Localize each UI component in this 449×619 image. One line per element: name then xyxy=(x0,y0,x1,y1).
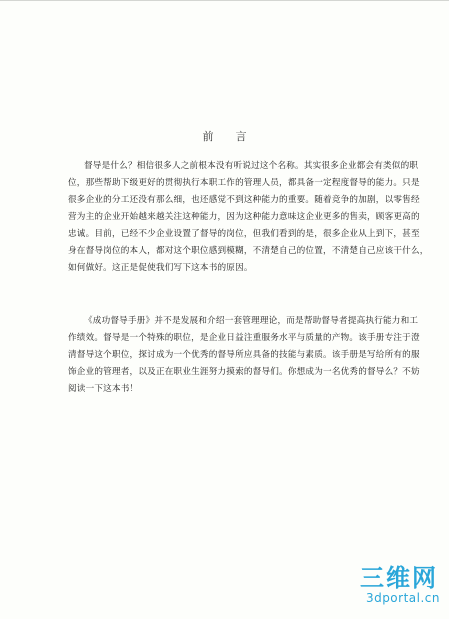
text-line: 很多企业的分工还没有那么细，也还感觉不到这种能力的重要。随着竞争的加剧，以零售经 xyxy=(68,192,386,209)
document-page: 前言 督导是什么？相信很多人之前根本没有听说过这个名称。其实很多企业都会有类似的… xyxy=(0,0,449,619)
text-line: 如何做好。这正是促使我们写下这本书的原因。 xyxy=(68,260,386,277)
text-line: 阅读一下这本书！ xyxy=(68,381,386,398)
watermark-cn: 三维网 xyxy=(344,565,444,591)
watermark-url: 3dportal.cn xyxy=(344,591,444,605)
paragraph-2: 《成功督导手册》并不是发展和介绍一套管理理论，而是帮助督导者提高执行能力和工 作… xyxy=(68,313,386,398)
text-line: 饰企业的管理者，以及正在职业生涯努力摸索的督导们。你想成为一名优秀的督导么？不妨 xyxy=(68,364,386,381)
text-line: 作绩效。督导是一个特殊的职位，是企业日益注重服务水平与质量的产物。该手册专注于澄 xyxy=(68,330,386,347)
paragraph-1: 督导是什么？相信很多人之前根本没有听说过这个名称。其实很多企业都会有类似的职 位… xyxy=(68,158,386,277)
text-line: 位，那些帮助下级更好的贯彻执行本职工作的管理人员，都具备一定程度督导的能力。只是 xyxy=(68,175,386,192)
watermark-logo: 三维网 3dportal.cn xyxy=(344,565,444,615)
text-line: 忠诚。目前，已经不少企业设置了督导的岗位，但我们看到的是，很多企业从上到下，甚至 xyxy=(68,226,386,243)
text-line: 《成功督导手册》并不是发展和介绍一套管理理论，而是帮助督导者提高执行能力和工 xyxy=(68,313,386,330)
text-line: 身在督导岗位的本人，都对这个职位感到模糊，不清楚自己的位置，不清楚自己应该干什么… xyxy=(68,243,386,260)
page-title: 前言 xyxy=(0,128,449,144)
text-line: 营为主的企业开始越来越关注这种能力，因为这种能力意味这企业更多的售卖，顾客更高的 xyxy=(68,209,386,226)
text-line: 清督导这个职位，探讨成为一个优秀的督导所应具备的技能与素质。该手册是写给所有的服 xyxy=(68,347,386,364)
text-line: 督导是什么？相信很多人之前根本没有听说过这个名称。其实很多企业都会有类似的职 xyxy=(68,158,386,175)
